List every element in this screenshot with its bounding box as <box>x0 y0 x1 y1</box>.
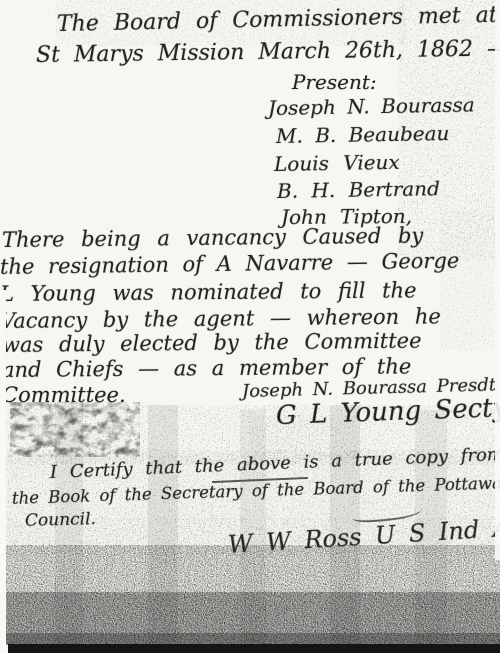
certification-line: Council. <box>25 509 96 531</box>
body-line: the resignation of A Navarre — George <box>0 249 459 279</box>
body-line: L Young was nominated to fill the <box>0 278 417 306</box>
doc-title-line-2: St Marys Mission March 26th, 1862 — <box>36 36 500 68</box>
attendee-name: B. H. Bertrand <box>277 176 440 203</box>
attendee-name: Louis Vieux <box>274 150 400 176</box>
body-line: There being a vancancy Caused by <box>2 224 424 252</box>
handwritten-text-layer: The Board of Commissioners met at St Mar… <box>0 0 500 653</box>
body-line: was duly elected by the Committee <box>2 329 422 357</box>
attendee-name: M. B. Beaubeau <box>276 121 450 148</box>
doc-title-line-1: The Board of Commissioners met at <box>57 3 498 37</box>
body-line: Committee. <box>2 383 126 407</box>
scanned-document-page: The Board of Commissioners met at St Mar… <box>0 0 500 653</box>
present-label: Present: <box>292 70 377 94</box>
attendee-name: Joseph N. Bourassa <box>268 92 475 120</box>
